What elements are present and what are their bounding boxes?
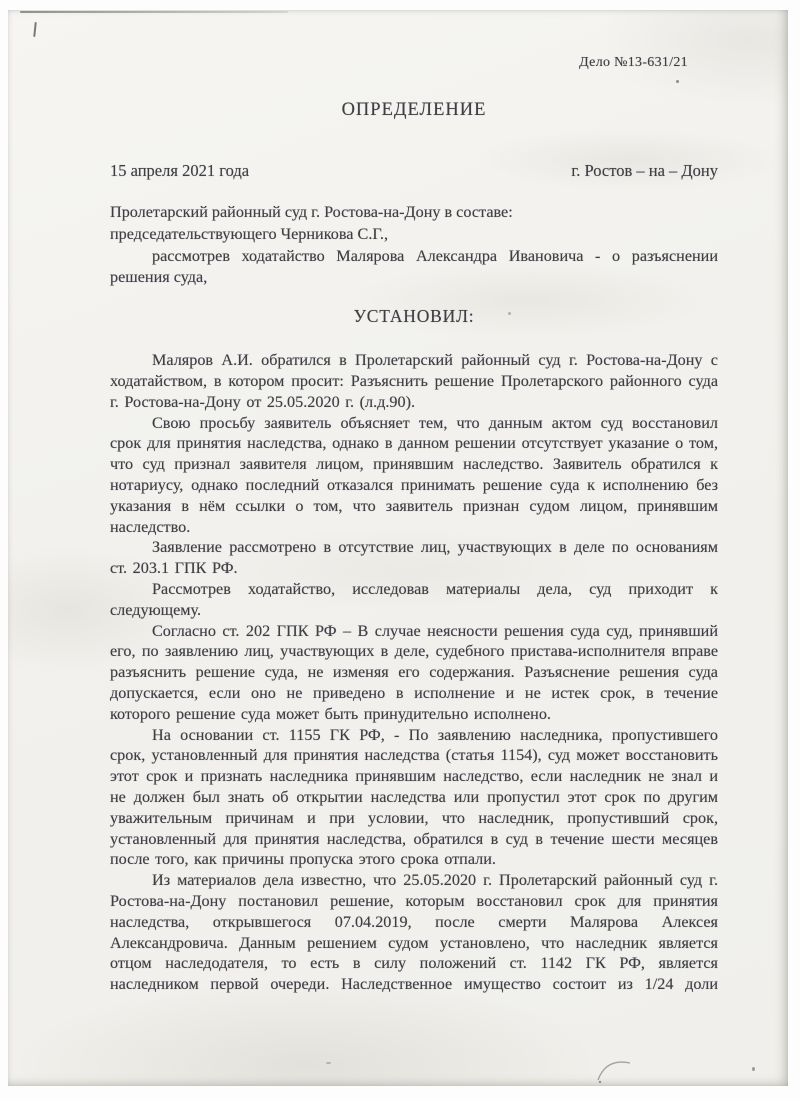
court-composition-line-3: рассмотрев ходатайство Малярова Александ… [110, 246, 718, 290]
document-content: Дело №13-631/21 ОПРЕДЕЛЕНИЕ 15 апреля 20… [8, 10, 788, 995]
body-paragraph: Свою просьбу заявитель объясняет тем, чт… [110, 413, 718, 538]
body-paragraph: Согласно ст. 202 ГПК РФ – В случае неясн… [110, 621, 718, 725]
date-place-row: 15 апреля 2021 года г. Ростов – на – Дон… [110, 161, 718, 181]
court-composition-line-1: Пролетарский районный суд г. Ростова-на-… [110, 202, 718, 224]
scan-artifact-dot [752, 1067, 755, 1071]
body-paragraph: На основании ст. 1155 ГК РФ, - По заявле… [110, 725, 718, 871]
document-page: Дело №13-631/21 ОПРЕДЕЛЕНИЕ 15 апреля 20… [8, 10, 788, 1086]
body-paragraph: Заявление рассмотрено в отсутствие лиц, … [110, 537, 718, 579]
document-city: г. Ростов – на – Дону [571, 161, 718, 181]
section-heading-ustanovil: УСТАНОВИЛ: [110, 306, 718, 327]
scan-artifact-pen-mark [592, 1054, 634, 1086]
document-title: ОПРЕДЕЛЕНИЕ [110, 100, 718, 121]
document-date: 15 апреля 2021 года [110, 161, 249, 181]
case-number: Дело №13-631/21 [110, 54, 718, 71]
document-body: Маляров А.И. обратился в Пролетарский ра… [110, 350, 718, 995]
scan-artifact-dot [326, 1062, 331, 1064]
body-paragraph: Из материалов дела известно, что 25.05.2… [110, 870, 718, 995]
court-composition: Пролетарский районный суд г. Ростова-на-… [110, 202, 718, 289]
court-composition-line-2: председательствующего Черникова С.Г., [110, 224, 718, 246]
body-paragraph: Маляров А.И. обратился в Пролетарский ра… [110, 350, 718, 412]
body-paragraph: Рассмотрев ходатайство, исследовав матер… [110, 579, 718, 621]
